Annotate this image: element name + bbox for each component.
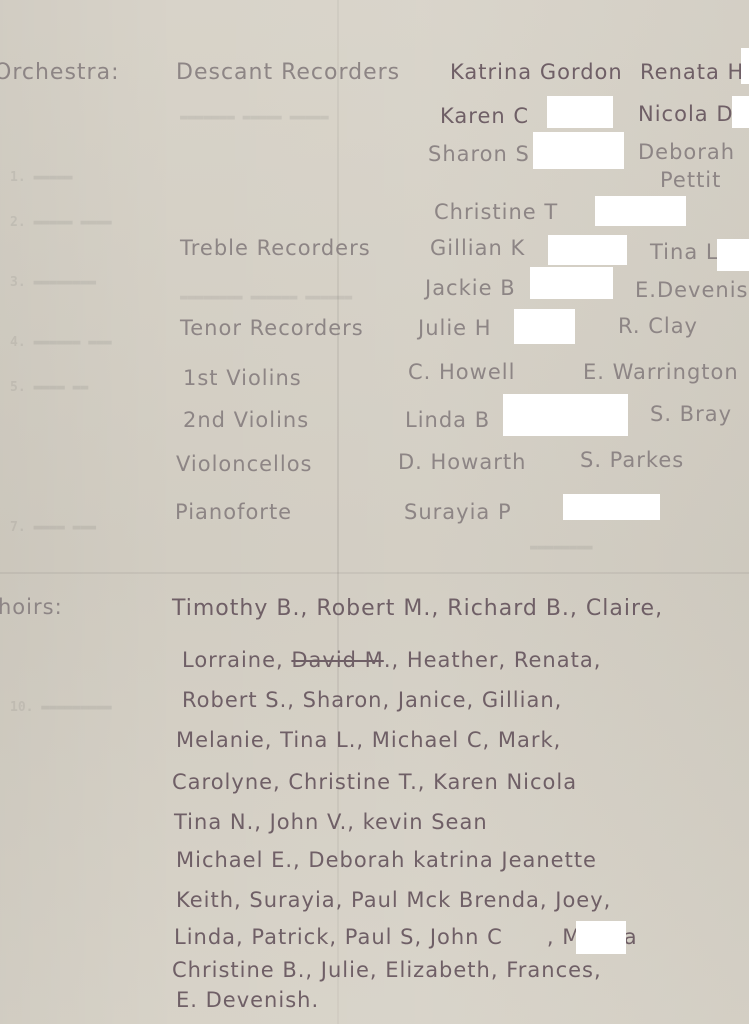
member-name: R. Clay	[618, 314, 698, 338]
member-name: Tina L	[650, 240, 719, 264]
member-name: Pettit	[660, 168, 721, 192]
redaction-box	[576, 921, 626, 954]
orchestra-heading: Orchestra:	[0, 60, 119, 85]
member-name: Sharon S	[428, 142, 530, 166]
section-label-violoncellos: Violoncellos	[176, 452, 313, 476]
choir-line: Linda, Patrick, Paul S, John C, Marcia	[174, 925, 638, 949]
bleed-through-text: ▬▬▬▬▬▬▬▬	[530, 540, 593, 555]
redaction-box	[595, 196, 686, 226]
redaction-box	[547, 96, 613, 128]
choir-line: Michael E., Deborah katrina Jeanette	[176, 848, 597, 872]
bleed-through-text: 7. ▬▬▬▬ ▬▬▬	[10, 520, 96, 535]
choir-line: Melanie, Tina L., Michael C, Mark,	[176, 728, 561, 752]
section-label-descant-recorders: Descant Recorders	[176, 60, 400, 85]
member-name: Deborah	[638, 140, 735, 164]
member-name: E.Devenish	[635, 278, 749, 302]
member-name: Karen C	[440, 104, 529, 128]
redaction-box	[503, 394, 628, 436]
bleed-through-text: 3. ▬▬▬▬▬▬▬▬	[10, 275, 96, 290]
bleed-through-text: 5. ▬▬▬▬ ▬▬	[10, 380, 88, 395]
section-label-pianoforte: Pianoforte	[175, 500, 292, 524]
member-name: S. Bray	[650, 402, 732, 426]
redaction-box	[732, 96, 749, 128]
member-name: Surayia P	[404, 500, 512, 524]
redaction-box	[548, 235, 627, 265]
choir-line: Timothy B., Robert M., Richard B., Clair…	[172, 596, 663, 621]
choir-name: Linda, Patrick, Paul S, John C	[174, 925, 503, 949]
member-name: E. Warrington	[583, 360, 739, 384]
member-name: Gillian K	[430, 236, 525, 260]
section-label-treble-recorders: Treble Recorders	[180, 236, 371, 260]
choirs-heading: hoirs:	[0, 595, 63, 619]
struck-name: David M	[291, 648, 383, 672]
section-label-tenor-recorders: Tenor Recorders	[180, 316, 364, 340]
redaction-box	[717, 239, 749, 271]
redaction-box	[741, 48, 749, 84]
member-name: C. Howell	[408, 360, 515, 384]
member-name: Renata H	[640, 60, 744, 84]
choir-line: Christine B., Julie, Elizabeth, Frances,	[172, 958, 602, 982]
bleed-through-text: 10. ▬▬▬▬▬▬▬▬▬	[10, 700, 112, 715]
choir-line: Lorraine, David M., Heather, Renata,	[182, 648, 601, 672]
choir-line: Carolyne, Christine T., Karen Nicola	[172, 770, 577, 794]
member-name: Jackie B	[425, 276, 516, 300]
choir-name: ., Heather, Renata,	[384, 648, 602, 672]
member-name: Nicola D	[638, 102, 734, 126]
section-label-2nd-violins: 2nd Violins	[183, 408, 309, 432]
member-name: Julie H	[418, 316, 492, 340]
bleed-through-text: 2. ▬▬▬▬▬ ▬▬▬▬	[10, 215, 112, 230]
redaction-box	[563, 494, 660, 520]
redaction-box	[533, 132, 624, 169]
redaction-box	[514, 309, 575, 344]
fold-crease-horizontal	[0, 572, 749, 574]
section-label-1st-violins: 1st Violins	[183, 366, 302, 390]
bleed-through-text: 1. ▬▬▬▬▬	[10, 170, 73, 185]
bleed-through-text: 4. ▬▬▬▬▬▬ ▬▬▬	[10, 335, 112, 350]
bleed-through-text: ▬▬▬▬▬▬▬▬ ▬▬▬▬▬▬ ▬▬▬▬▬▬	[180, 290, 352, 305]
member-name: S. Parkes	[580, 448, 684, 472]
member-name: Christine T	[434, 200, 558, 224]
choir-line: Keith, Surayia, Paul Mck Brenda, Joey,	[176, 888, 611, 912]
paper-sheet: 1. ▬▬▬▬▬ 2. ▬▬▬▬▬ ▬▬▬▬ 3. ▬▬▬▬▬▬▬▬ 4. ▬▬…	[0, 0, 749, 1024]
bleed-through-text: ▬▬▬▬▬▬▬ ▬▬▬▬▬ ▬▬▬▬▬	[180, 110, 329, 125]
member-name: Linda B	[405, 408, 490, 432]
choir-line: E. Devenish.	[176, 988, 319, 1012]
member-name: Katrina Gordon	[450, 60, 623, 84]
redaction-box	[530, 267, 613, 299]
choir-name: Lorraine,	[182, 648, 291, 672]
choir-line: Robert S., Sharon, Janice, Gillian,	[182, 688, 562, 712]
choir-line: Tina N., John V., kevin Sean	[174, 810, 488, 834]
member-name: D. Howarth	[398, 450, 526, 474]
